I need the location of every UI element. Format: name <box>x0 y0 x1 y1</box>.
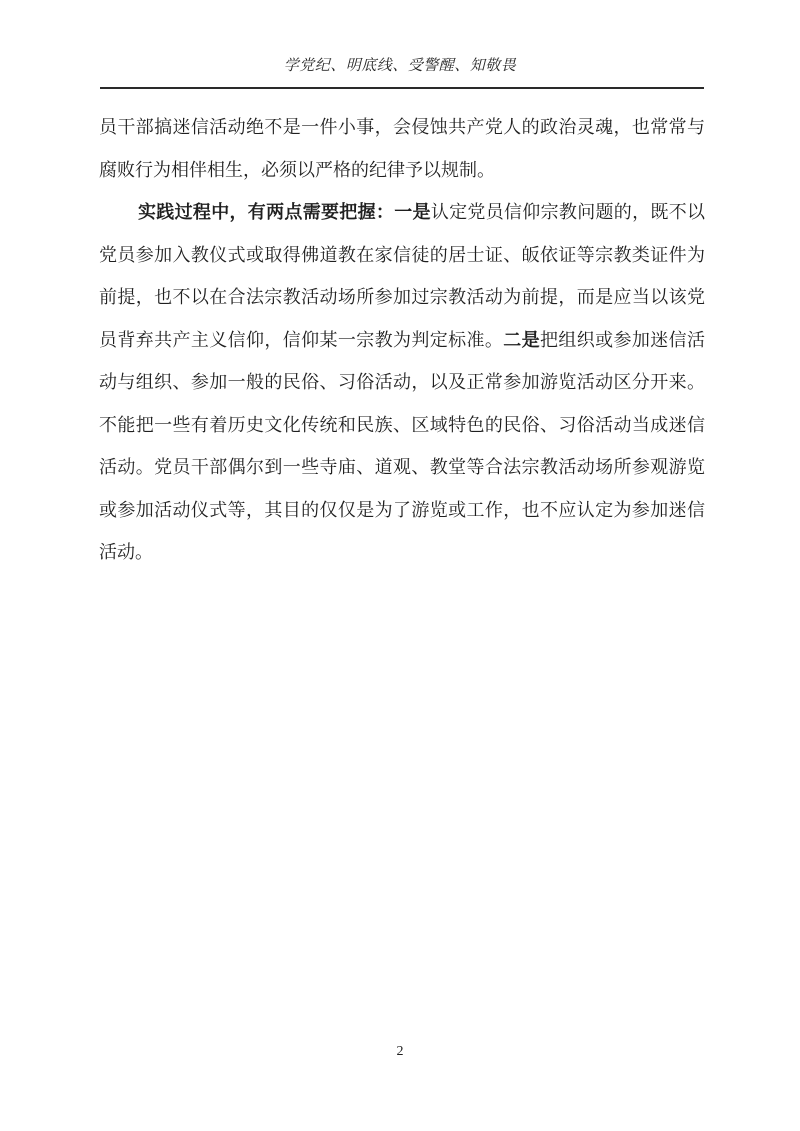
body-text-segment: 活动。党员干部偶尔到一些寺庙、道观、教堂等合法宗教活动场所参观游览 <box>99 457 705 477</box>
body-text-segment-bold: 实践过程中，有两点需要把握：一是 <box>138 202 431 222</box>
body-text-segment: 认定党员信仰宗教问题的，既不以 <box>431 202 705 222</box>
body-line-6: 员背弃共产主义信仰，信仰某一宗教为判定标准。二是把组织或参加迷信活 <box>99 319 705 362</box>
body-text-segment: 不能把一些有着历史文化传统和民族、区域特色的民俗、习俗活动当成迷信 <box>99 415 705 435</box>
body-text-segment: 活动。 <box>99 542 153 562</box>
body-line-7: 动与组织、参加一般的民俗、习俗活动，以及正常参加游览活动区分开来。 <box>99 361 705 404</box>
body-line-4: 党员参加入教仪式或取得佛道教在家信徒的居士证、皈依证等宗教类证件为 <box>99 234 705 277</box>
body-text-segment-bold: 二是 <box>503 330 540 350</box>
page-number: 2 <box>0 1044 800 1060</box>
body-text-segment: 动与组织、参加一般的民俗、习俗活动，以及正常参加游览活动区分开来。 <box>99 372 705 392</box>
body-line-11: 活动。 <box>99 531 705 574</box>
body-line-10: 或参加活动仪式等，其目的仅仅是为了游览或工作，也不应认定为参加迷信 <box>99 489 705 532</box>
header-rule <box>100 87 704 89</box>
body-line-9: 活动。党员干部偶尔到一些寺庙、道观、教堂等合法宗教活动场所参观游览 <box>99 446 705 489</box>
body-text-segment: 党员参加入教仪式或取得佛道教在家信徒的居士证、皈依证等宗教类证件为 <box>99 245 705 265</box>
document-page: 学党纪、明底线、受警醒、知敬畏 员干部搞迷信活动绝不是一件小事，会侵蚀共产党人的… <box>0 0 800 1131</box>
body-text-segment: 员干部搞迷信活动绝不是一件小事，会侵蚀共产党人的政治灵魂，也常常与 <box>99 117 705 137</box>
body-line-5: 前提，也不以在合法宗教活动场所参加过宗教活动为前提，而是应当以该党 <box>99 276 705 319</box>
body-line-2: 腐败行为相伴相生，必须以严格的纪律予以规制。 <box>99 149 705 192</box>
document-body: 员干部搞迷信活动绝不是一件小事，会侵蚀共产党人的政治灵魂，也常常与 腐败行为相伴… <box>99 106 705 574</box>
body-line-8: 不能把一些有着历史文化传统和民族、区域特色的民俗、习俗活动当成迷信 <box>99 404 705 447</box>
body-text-segment: 或参加活动仪式等，其目的仅仅是为了游览或工作，也不应认定为参加迷信 <box>99 500 705 520</box>
body-line-3: 实践过程中，有两点需要把握：一是认定党员信仰宗教问题的，既不以 <box>99 191 705 234</box>
body-line-1: 员干部搞迷信活动绝不是一件小事，会侵蚀共产党人的政治灵魂，也常常与 <box>99 106 705 149</box>
page-header-title: 学党纪、明底线、受警醒、知敬畏 <box>0 54 800 75</box>
body-text-segment: 员背弃共产主义信仰，信仰某一宗教为判定标准。 <box>99 330 503 350</box>
body-text-segment: 腐败行为相伴相生，必须以严格的纪律予以规制。 <box>99 160 495 180</box>
body-text-segment: 把组织或参加迷信活 <box>540 330 705 350</box>
body-text-segment: 前提，也不以在合法宗教活动场所参加过宗教活动为前提，而是应当以该党 <box>99 287 705 307</box>
